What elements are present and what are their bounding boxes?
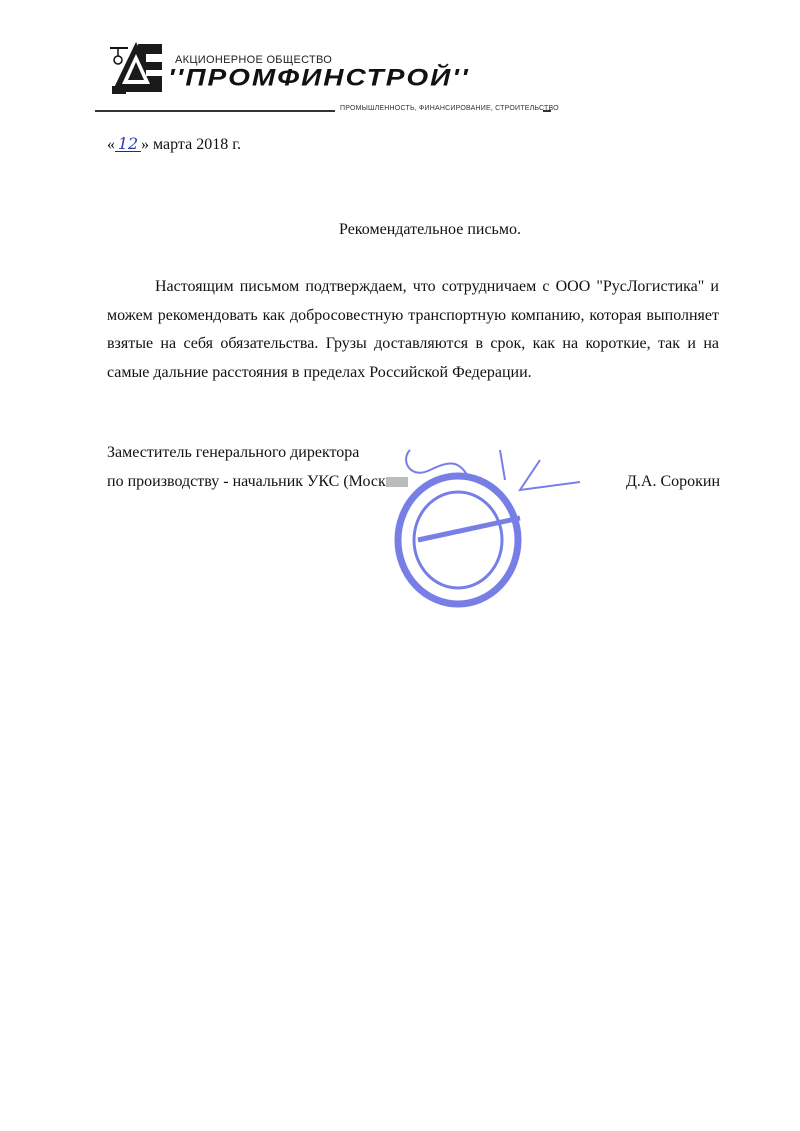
letter-title: Рекомендательное письмо. (0, 221, 800, 239)
signer-position-line1: Заместитель генерального директора (107, 444, 359, 462)
company-seal-stamp (390, 440, 590, 610)
signer-position-line2: по производству - начальник УКС (Моск (107, 473, 408, 491)
tagline: ПРОМЫШЛЕННОСТЬ, ФИНАНСИРОВАНИЕ, СТРОИТЕЛ… (340, 105, 559, 112)
body-paragraph: Настоящим письмом подтверждаем, что сотр… (107, 273, 719, 387)
date-month-year: » марта 2018 г. (141, 136, 241, 153)
header-rule (95, 110, 335, 112)
position-text: по производству - начальник УКС (Моск (107, 473, 386, 490)
letter-body: Настоящим письмом подтверждаем, что сотр… (107, 273, 719, 387)
date-day-handwritten: 12 (115, 137, 141, 152)
header-rule-end (543, 110, 551, 112)
date-open-quote: « (107, 136, 115, 153)
letter-date: «12» марта 2018 г. (107, 136, 241, 154)
org-name: ''ПРОМФИНСТРОЙ'' (168, 64, 470, 91)
company-logo-icon (108, 40, 164, 96)
signer-name: Д.А. Сорокин (626, 473, 720, 491)
